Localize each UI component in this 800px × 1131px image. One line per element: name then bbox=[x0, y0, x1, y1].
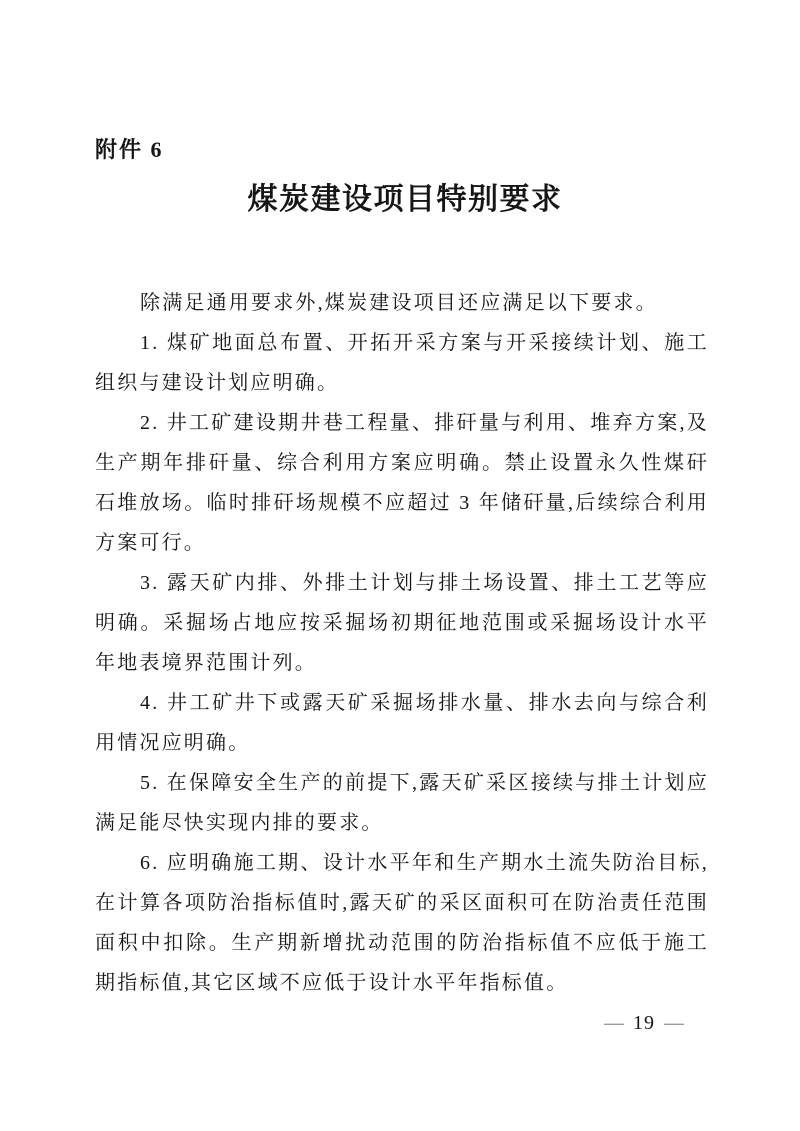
page-title: 煤炭建设项目特别要求 bbox=[0, 174, 800, 218]
footer-dash-left: — bbox=[604, 1011, 624, 1035]
paragraph-item-3: 3. 露天矿内排、外排土计划与排土场设置、排土工艺等应明确。采掘场占地应按采掘场… bbox=[95, 563, 709, 683]
page-number: 19 bbox=[633, 1011, 655, 1035]
paragraph-item-4: 4. 井工矿井下或露天矿采掘场排水量、排水去向与综合利用情况应明确。 bbox=[95, 683, 709, 763]
paragraph-item-2: 2. 井工矿建设期井巷工程量、排矸量与利用、堆弃方案,及生产期年排矸量、综合利用… bbox=[95, 403, 709, 563]
paragraph-item-1: 1. 煤矿地面总布置、开拓开采方案与开采接续计划、施工组织与建设计划应明确。 bbox=[95, 323, 709, 403]
paragraph-intro: 除满足通用要求外,煤炭建设项目还应满足以下要求。 bbox=[95, 283, 709, 323]
paragraph-item-6: 6. 应明确施工期、设计水平年和生产期水土流失防治目标,在计算各项防治指标值时,… bbox=[95, 843, 709, 1003]
page-footer: — 19 — bbox=[604, 1011, 684, 1035]
document-page: 附件 6 煤炭建设项目特别要求 除满足通用要求外,煤炭建设项目还应满足以下要求。… bbox=[0, 0, 800, 1131]
attachment-label: 附件 6 bbox=[95, 133, 164, 164]
footer-dash-right: — bbox=[664, 1011, 684, 1035]
paragraph-item-5: 5. 在保障安全生产的前提下,露天矿采区接续与排土计划应满足能尽快实现内排的要求… bbox=[95, 763, 709, 843]
document-body: 除满足通用要求外,煤炭建设项目还应满足以下要求。 1. 煤矿地面总布置、开拓开采… bbox=[95, 283, 709, 1003]
